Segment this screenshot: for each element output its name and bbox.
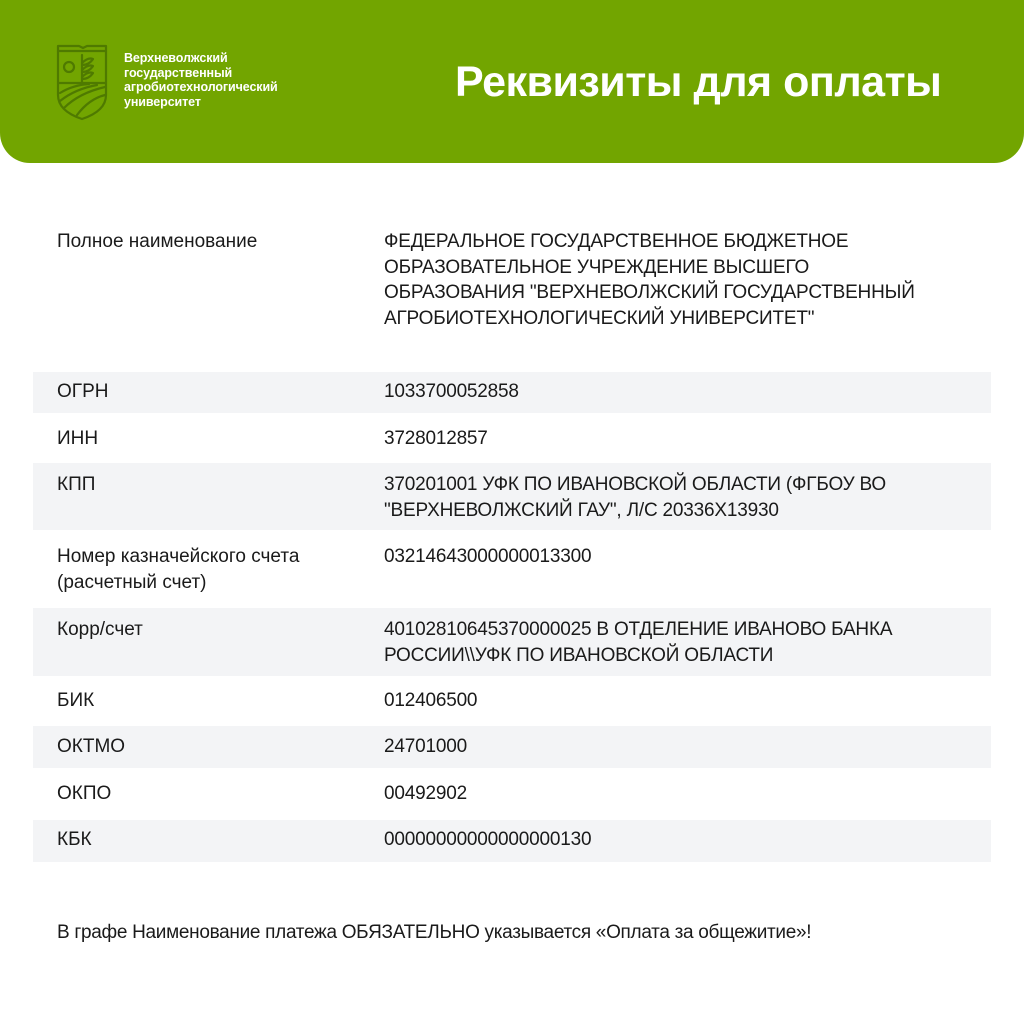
row-value: ФЕДЕРАЛЬНОЕ ГОСУДАРСТВЕННОЕ БЮДЖЕТНОЕ ОБ… <box>384 229 944 331</box>
row-label: Корр/счет <box>57 617 377 643</box>
row-label: ИНН <box>57 426 377 452</box>
table-row-full-name: Полное наименование ФЕДЕРАЛЬНОЕ ГОСУДАРС… <box>33 225 991 372</box>
university-shield-logo-icon <box>55 43 109 121</box>
table-row-treasury-account: Номер казначейского счета (расчетный сче… <box>33 530 991 608</box>
table-row-kpp: КПП 370201001 УФК ПО ИВАНОВСКОЙ ОБЛАСТИ … <box>33 463 991 530</box>
row-value: 012406500 <box>384 688 944 714</box>
table-row-oktmo: ОКТМО 24701000 <box>33 726 991 768</box>
logo-line: государственный <box>124 66 278 81</box>
row-value: 00492902 <box>384 781 944 807</box>
logo-line: Верхневолжский <box>124 51 278 66</box>
row-value: 24701000 <box>384 734 944 760</box>
logo-line: университет <box>124 95 278 110</box>
logo-line: агробиотехнологический <box>124 80 278 95</box>
table-row-ogrn: ОГРН 1033700052858 <box>33 372 991 413</box>
table-row-kbk: КБК 00000000000000000130 <box>33 820 991 862</box>
row-label: Номер казначейского счета (расчетный сче… <box>57 544 377 595</box>
header-banner: Верхневолжский государственный агробиоте… <box>0 0 1024 163</box>
row-label: ОКТМО <box>57 734 377 760</box>
row-value: 1033700052858 <box>384 379 944 405</box>
table-row-corr-account: Корр/счет 40102810645370000025 В ОТДЕЛЕН… <box>33 608 991 676</box>
row-value: 3728012857 <box>384 426 944 452</box>
table-row-okpo: ОКПО 00492902 <box>33 768 991 820</box>
row-value: 370201001 УФК ПО ИВАНОВСКОЙ ОБЛАСТИ (ФГБ… <box>384 472 944 523</box>
row-label: ОГРН <box>57 379 377 405</box>
university-name-logo: Верхневолжский государственный агробиоте… <box>124 51 278 109</box>
row-value: 00000000000000000130 <box>384 827 944 853</box>
row-label: КПП <box>57 472 377 498</box>
row-label: ОКПО <box>57 781 377 807</box>
row-label: БИК <box>57 688 377 714</box>
row-label: КБК <box>57 827 377 853</box>
page-title: Реквизиты для оплаты <box>455 56 941 108</box>
requisites-table: Полное наименование ФЕДЕРАЛЬНОЕ ГОСУДАРС… <box>33 225 991 862</box>
table-row-bik: БИК 012406500 <box>33 676 991 726</box>
table-row-inn: ИНН 3728012857 <box>33 413 991 463</box>
payment-note: В графе Наименование платежа ОБЯЗАТЕЛЬНО… <box>57 920 811 946</box>
row-label: Полное наименование <box>57 229 377 255</box>
row-value: 03214643000000013300 <box>384 544 944 570</box>
row-value: 40102810645370000025 В ОТДЕЛЕНИЕ ИВАНОВО… <box>384 617 944 668</box>
